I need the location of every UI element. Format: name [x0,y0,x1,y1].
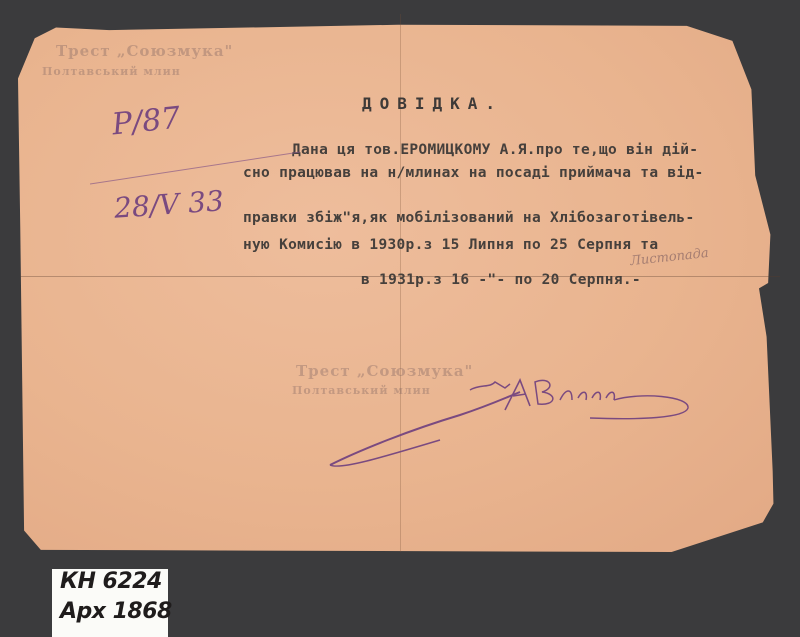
body-line-2: сно працював на н/млинах на посаді прийм… [243,165,704,181]
stamp-top-line1: Трест „Союзмука" [56,42,233,60]
body-line-4: ную Комисію в 1930р.з 15 Липня по 25 Сер… [243,237,658,253]
body-line-5: в 1931р.з 16 -"- по 20 Серпня.- [361,272,641,288]
archive-number: Арх 1868 [60,599,172,624]
archive-code: КН 6224 [60,569,162,594]
handwritten-reference-number: Р/87 [110,101,182,143]
body-line-1: Дана ця тов.ЕРОМИЦКОМУ А.Я.про те,що він… [292,142,698,158]
document-title: ДОВІДКА. [362,94,503,113]
handwritten-strike-line [90,150,310,190]
body-line-3: правки збіж"я,як мобілізований на Хлібоз… [243,210,695,226]
signature [320,370,700,480]
stamp-top-line2: Полтавський млин [42,65,181,78]
archive-label-card: КН 6224 Арх 1868 [52,569,168,637]
